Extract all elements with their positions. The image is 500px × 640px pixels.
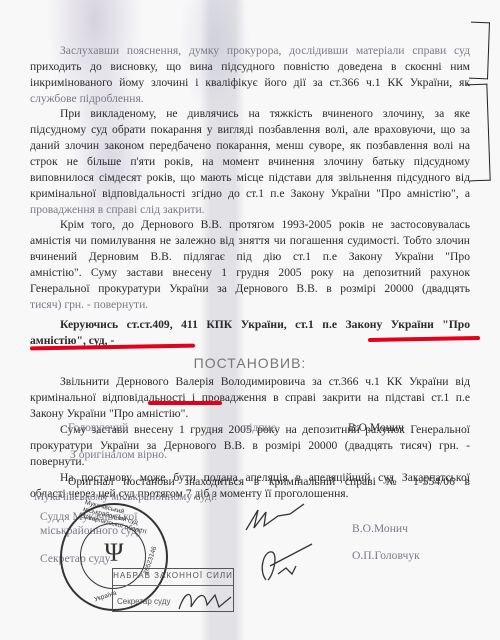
text-line: Керуючись ст.ст.409, 411 КПК України, ст…: [30, 317, 470, 333]
text-line: даний злочин законом передбачено покаран…: [30, 138, 470, 154]
legal-force-stamp-title: НАБРАВ ЗАКОННОЇ СИЛИ: [113, 571, 233, 580]
presiding-name: В.О.Монич: [348, 421, 404, 434]
certified-copy-note: З оригіналом вірно.: [70, 448, 167, 461]
text-line: амністію". Суму застави внесену 1 грудня…: [30, 265, 470, 281]
text-line: вчинений Дерновим В.В. підлягає під дію …: [30, 249, 470, 265]
secretary-name: О.П.Головчук: [352, 549, 420, 562]
text-line: Закону України "Про амністію".: [30, 406, 470, 422]
text-line: інкримінованого йому злочині і кваліфіку…: [30, 75, 470, 91]
margin-bracket: [469, 22, 490, 80]
text-line: кримінальної відповідальності згідно до …: [30, 186, 470, 202]
original-location-note: Мукачівському міськрайонному суді.: [34, 490, 217, 503]
red-underline: [148, 401, 222, 405]
text-line: підсудному суд обрати покарання у вигляд…: [30, 122, 470, 138]
signature-label: підпис: [243, 421, 276, 434]
text-line: приходить до висновку, що вина підсудног…: [30, 59, 470, 75]
text-line: При викладеному, не дивлячись на тяжкіст…: [30, 106, 470, 122]
judge-name: В.О.Монич: [352, 522, 408, 535]
text-line: Крім того, до Дернового В.В. протягом 19…: [30, 217, 470, 233]
text-line: службове підроблення.: [30, 91, 470, 107]
text-line: Заслухавши пояснення, думку прокурора, д…: [30, 43, 470, 59]
scanned-document-page: Заслухавши пояснення, думку прокурора, д…: [0, 0, 500, 640]
original-location-note: Оригінал постанови знаходиться в криміна…: [68, 474, 470, 490]
text-line: амністія чи помилування не залежно від з…: [30, 233, 470, 249]
margin-bracket: [466, 84, 490, 182]
secretary-signature: [256, 540, 316, 590]
text-line: кримінальної відповідальності і провадже…: [30, 390, 470, 406]
legal-force-stamp-footer: Секретар суду: [117, 597, 170, 606]
text-line: Звільнити Дернового Валерія Володимирови…: [30, 374, 470, 390]
stamp-signature: [175, 585, 235, 615]
text-line: провадження в справі слід закрити.: [30, 202, 470, 218]
text-line: строк не більше п'яти років, на момент в…: [30, 154, 470, 170]
decision-title: ПОСТАНОВИВ:: [0, 355, 500, 371]
judge-signature: [244, 498, 314, 538]
text-line: тисяч) грн. - повернути.: [30, 297, 470, 313]
trident-emblem-icon: Ψ: [102, 535, 126, 571]
presiding-label: Головуючий: [68, 421, 128, 434]
text-line: виповнилося сімдесят років, що мають міс…: [30, 170, 470, 186]
text-line: Генеральної прокуратури України за Дерно…: [30, 281, 470, 297]
